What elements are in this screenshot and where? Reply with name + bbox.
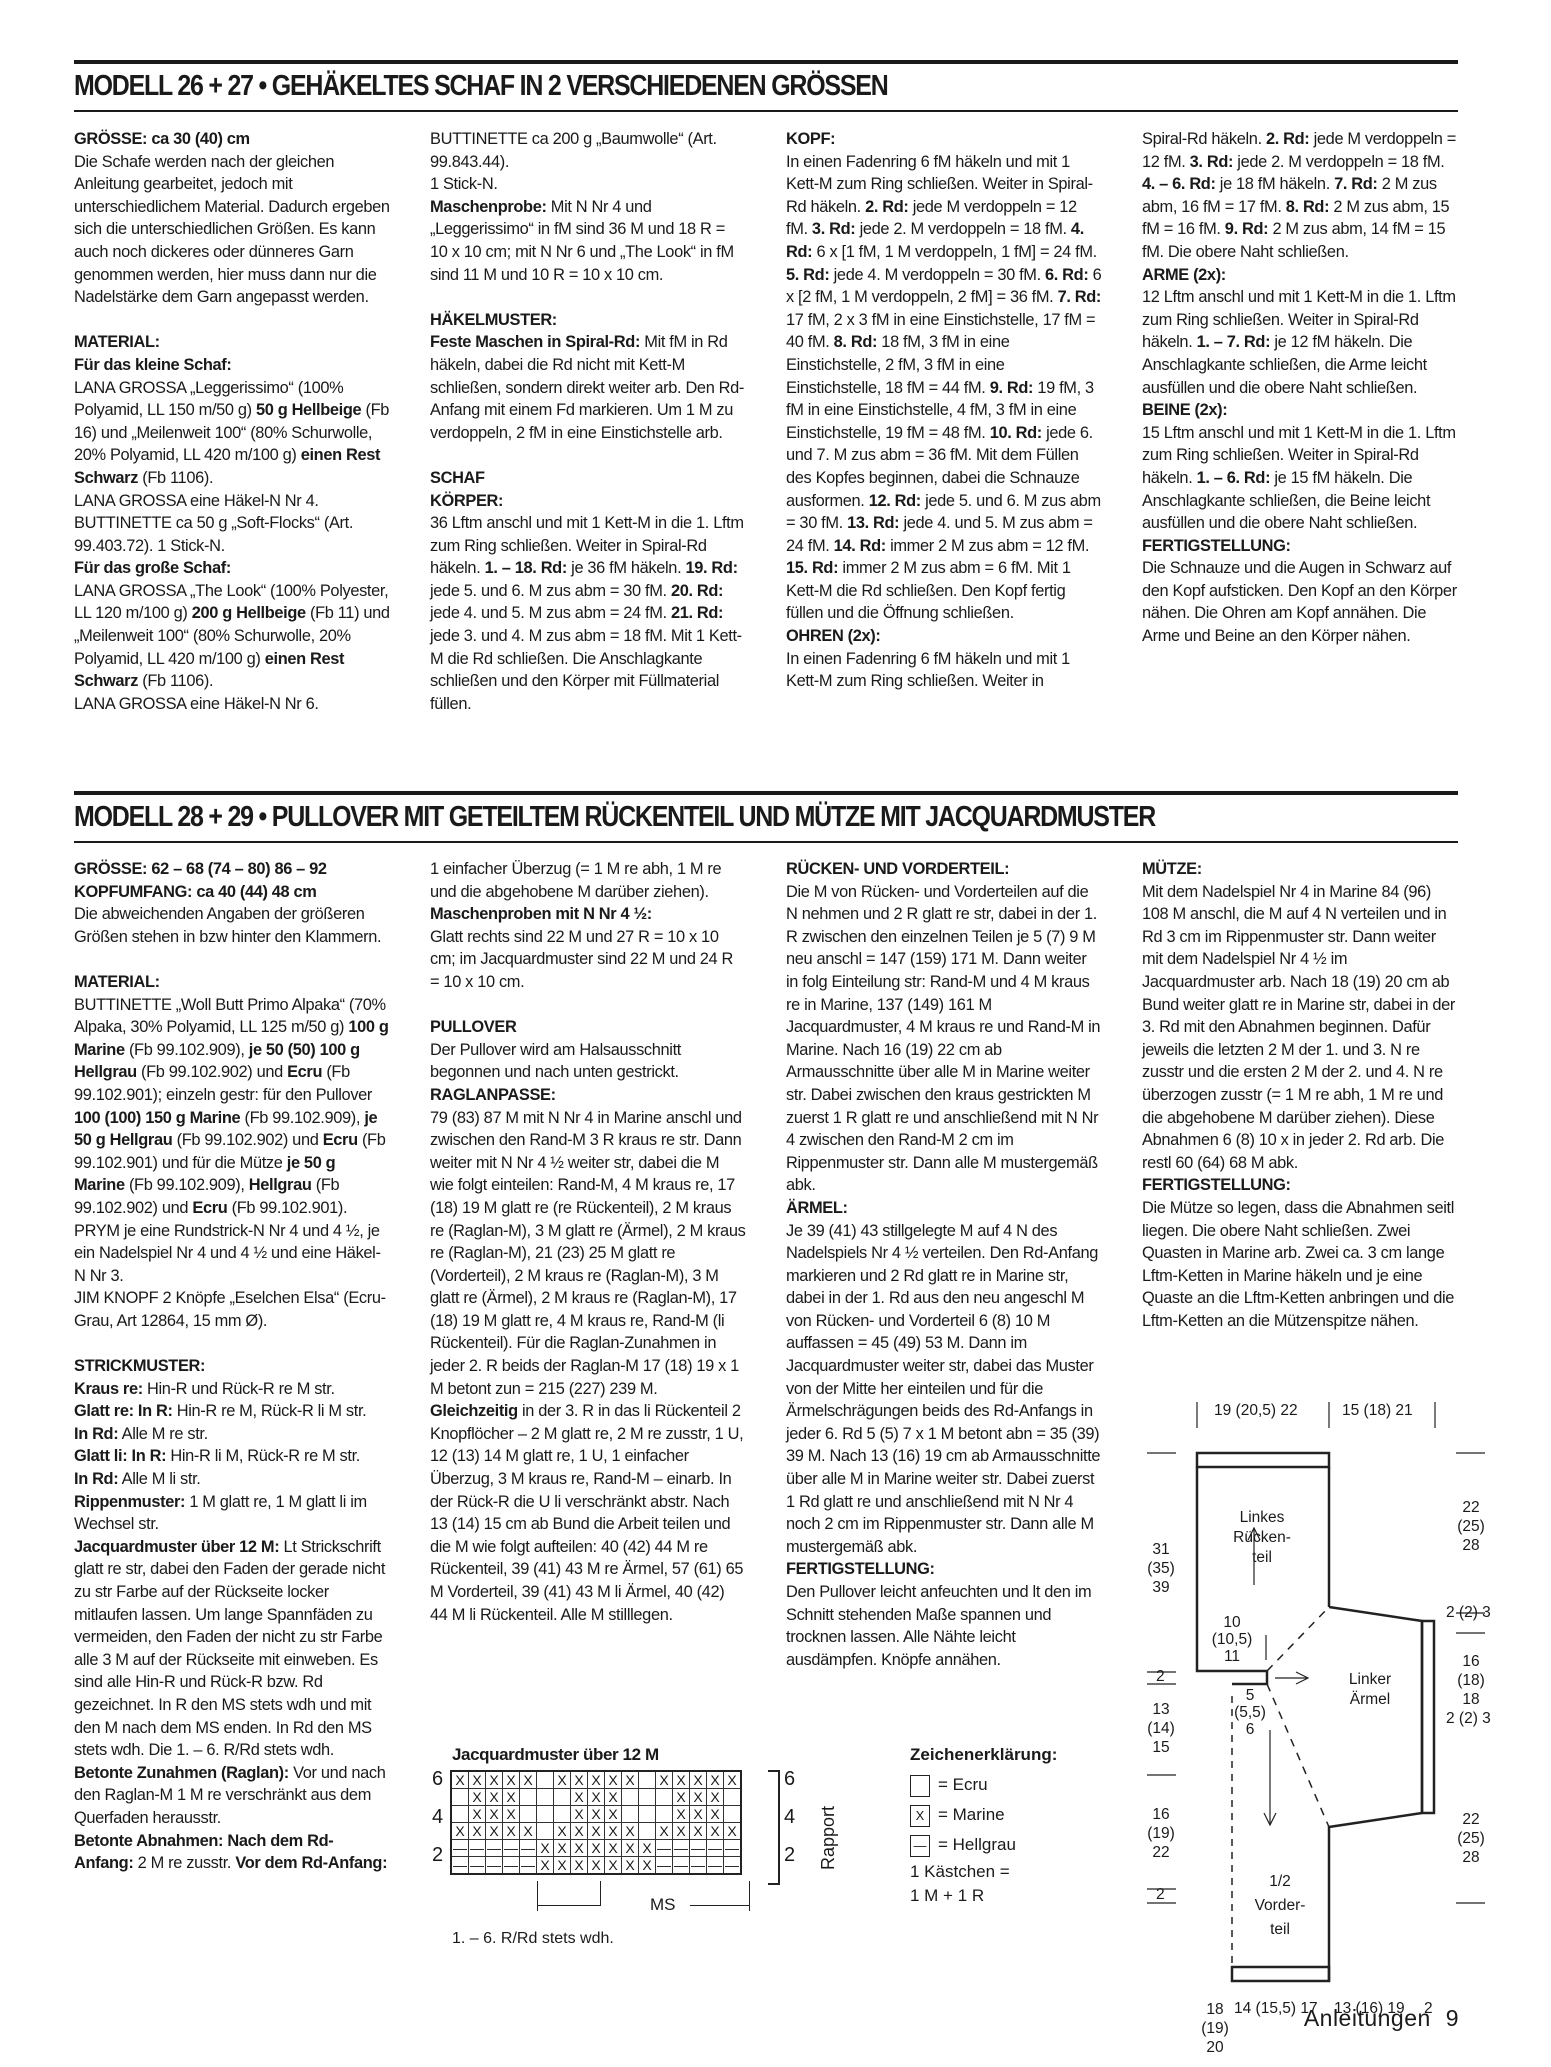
sleeve-heading: ÄRMEL:: [786, 1197, 1102, 1220]
right-dim-sleeve: 16(18)18: [1454, 1652, 1488, 1709]
left-dim-yoke: 13(14)15: [1144, 1700, 1178, 1757]
chart-cell: [537, 1771, 554, 1789]
chart-cell: —: [451, 1840, 469, 1857]
chart-cell: X: [690, 1823, 707, 1840]
chart-cell: X: [673, 1823, 690, 1840]
ms-baseline: [537, 1905, 601, 1906]
right-dim-cuff-top: 2 (2) 3: [1446, 1604, 1491, 1622]
chart-cell: X: [690, 1789, 707, 1806]
legend-title: Zeichenerklärung:: [910, 1745, 1057, 1765]
chart-cell: X: [571, 1840, 588, 1857]
hat-heading: MÜTZE:: [1142, 858, 1458, 881]
small-sheep-material: LANA GROSSA „Leggerissimo“ (100% Polyami…: [74, 377, 390, 490]
chart-cell: —: [656, 1857, 673, 1875]
left-dim-band-bottom: 2: [1156, 1886, 1165, 1904]
size-note: Die abweichenden Angaben der größeren Gr…: [74, 903, 390, 948]
chart-cell: —: [486, 1840, 503, 1857]
large-sheep-heading: Für das große Schaf:: [74, 557, 390, 580]
embroidery-needle: 1 Stick-N.: [430, 173, 746, 196]
chart-cell: —: [520, 1840, 537, 1857]
gauge-text: Maschenprobe: Mit N Nr 4 und „Leggerissi…: [430, 196, 746, 286]
ms-arrow-line: [600, 1881, 601, 1906]
chart-cell: X: [486, 1789, 503, 1806]
chart-cell: X: [588, 1840, 605, 1857]
chart-cell: X: [571, 1823, 588, 1840]
gauge-heading: Maschenproben mit N Nr 4 ½:: [430, 903, 746, 926]
chart-cell: X: [571, 1806, 588, 1823]
chart-cell: X: [588, 1806, 605, 1823]
chart-cell: X: [724, 1771, 742, 1789]
legs-instructions: 15 Lftm anschl und mit 1 Kett-M in die 1…: [1142, 422, 1458, 535]
pullover-material: BUTTINETTE „Woll Butt Primo Alpaka“ (70%…: [74, 994, 390, 1220]
section1-column-4: Spiral-Rd häkeln. 2. Rd: jede M verdoppe…: [1142, 128, 1458, 648]
pullover-finishing-text: Den Pullover leicht anfeuchten und lt de…: [786, 1581, 1102, 1671]
chart-cell: [451, 1806, 469, 1823]
chart-cell: X: [724, 1823, 742, 1840]
inner-dim-underarm: 5(5,5)6: [1230, 1687, 1270, 1738]
section1-title: MODELL 26 + 27 • GEHÄKELTES SCHAF IN 2 V…: [74, 70, 888, 103]
sleeve-instructions: Je 39 (41) 43 stillgelegte M auf 4 N des…: [786, 1220, 1102, 1559]
rapport-label: Rapport: [818, 1806, 839, 1870]
raglan-instructions: 79 (83) 87 M mit N Nr 4 in Marine anschl…: [430, 1107, 746, 1627]
chart-cell: [451, 1789, 469, 1806]
chart-cell: X: [605, 1857, 622, 1875]
chart-cell: [639, 1771, 656, 1789]
small-sheep-hook: LANA GROSSA eine Häkel-N Nr 4.: [74, 490, 390, 513]
chart-cell: [656, 1789, 673, 1806]
chart-row: XXXXXXXXXXXXXXX: [451, 1823, 741, 1840]
section2-column-1: GRÖSSE: 62 – 68 (74 – 80) 86 – 92 KOPFUM…: [74, 858, 390, 1875]
raglan-heading: RAGLANPASSE:: [430, 1084, 746, 1107]
stockinette-rows: Glatt re: In R: Hin-R re M, Rück-R li M …: [74, 1400, 390, 1423]
chart-row: XXXXXXXXXXXXXXX: [451, 1771, 741, 1789]
chart-cell: [537, 1806, 554, 1823]
reverse-stockinette-rows: Glatt li: In R: Hin-R li M, Rück-R re M …: [74, 1445, 390, 1468]
section2-bottom-rule: [74, 841, 1458, 843]
chart-cell: X: [673, 1806, 690, 1823]
pullover-schematic: 19 (20,5) 22 15 (18) 21 LinkesRücken-tei…: [1110, 1400, 1551, 2000]
size-heading: GRÖSSE: ca 30 (40) cm: [74, 128, 390, 151]
small-sheep-heading: Für das kleine Schaf:: [74, 354, 390, 377]
chart-cell: X: [469, 1823, 486, 1840]
chart-cell: X: [673, 1771, 690, 1789]
chart-cell: X: [571, 1857, 588, 1875]
chart-cell: X: [605, 1823, 622, 1840]
legend-item-hellgrau: —= Hellgrau: [910, 1830, 1016, 1860]
small-sheep-filling: BUTTINETTE ca 50 g „Soft-Flocks“ (Art. 9…: [74, 512, 390, 557]
chart-cell: —: [656, 1840, 673, 1857]
chart-cell: —: [673, 1840, 690, 1857]
chart-cell: X: [707, 1771, 724, 1789]
front-label: 1/2Vorder-teil: [1240, 1870, 1320, 1942]
chart-cell: [639, 1789, 656, 1806]
back-front-instructions: Die M von Rücken- und Vorderteilen auf d…: [786, 881, 1102, 1197]
right-dim-upper: 22(25)28: [1454, 1498, 1488, 1555]
chart-cell: —: [673, 1857, 690, 1875]
chart-grid: XXXXXXXXXXXXXXXXXXXXXXXXXXXXXXXXXXXXXXXX…: [450, 1770, 742, 1875]
left-dim-front: 16(19)22: [1144, 1805, 1178, 1862]
chart-cell: —: [503, 1840, 520, 1857]
chart-row: XXXXXXXXX: [451, 1806, 741, 1823]
section1-column-2: BUTTINETTE ca 200 g „Baumwolle“ (Art. 99…: [430, 128, 746, 715]
chart-cell: X: [469, 1789, 486, 1806]
left-dim-back-height: 31(35)39: [1144, 1540, 1178, 1597]
sleeve-label: LinkerÄrmel: [1335, 1670, 1405, 1710]
back-front-heading: RÜCKEN- UND VORDERTEIL:: [786, 858, 1102, 881]
chart-cell: X: [571, 1771, 588, 1789]
legend-item-marine: X= Marine: [910, 1800, 1016, 1830]
chart-cell: X: [605, 1789, 622, 1806]
hat-instructions: Mit dem Nadelspiel Nr 4 in Marine 84 (96…: [1142, 881, 1458, 1175]
legs-heading: BEINE (2x):: [1142, 399, 1458, 422]
head-heading: KOPF:: [786, 128, 1102, 151]
stockinette-rounds: In Rd: Alle M re str.: [74, 1423, 390, 1446]
section2-column-2: 1 einfacher Überzug (= 1 M re abh, 1 M r…: [430, 858, 746, 1626]
legend-note-2: 1 M + 1 R: [910, 1884, 1016, 1908]
legend-item-ecru: = Ecru: [910, 1770, 1016, 1800]
chart-cell: X: [622, 1823, 639, 1840]
filling-material: BUTTINETTE ca 200 g „Baumwolle“ (Art. 99…: [430, 128, 746, 173]
row-label-2-right: 2: [784, 1844, 795, 1867]
chart-cell: —: [503, 1857, 520, 1875]
chart-cell: X: [451, 1823, 469, 1840]
page-number: 9: [1446, 2005, 1459, 2031]
chart-cell: X: [588, 1823, 605, 1840]
chart-cell: X: [707, 1789, 724, 1806]
sheep-heading: SCHAF: [430, 467, 746, 490]
raglan-increases: Betonte Zunahmen (Raglan): Vor und nach …: [74, 1762, 390, 1830]
crochet-pattern-text: Feste Maschen in Spiral-Rd: Mit fM in Rd…: [430, 331, 746, 444]
chart-cell: X: [451, 1771, 469, 1789]
chart-row: —————XXXXXXX—————: [451, 1840, 741, 1857]
chart-cell: X: [537, 1840, 554, 1857]
chart-cell: X: [605, 1840, 622, 1857]
chart-cell: X: [622, 1857, 639, 1875]
row-label-2-left: 2: [432, 1844, 443, 1867]
footer-label: Anleitungen: [1304, 2005, 1431, 2031]
chart-cell: X: [707, 1806, 724, 1823]
large-sheep-hook: LANA GROSSA eine Häkel-N Nr 6.: [74, 693, 390, 716]
large-sheep-material: LANA GROSSA „The Look“ (100% Polyester, …: [74, 580, 390, 693]
chart-cell: [537, 1823, 554, 1840]
chart-cell: X: [469, 1771, 486, 1789]
reverse-stockinette-rounds: In Rd: Alle M li str.: [74, 1468, 390, 1491]
hat-finishing-heading: FERTIGSTELLUNG:: [1142, 1174, 1458, 1197]
hellgrau-dash-icon: —: [910, 1835, 930, 1857]
row-label-4-left: 4: [432, 1806, 443, 1829]
chart-cell: X: [554, 1840, 571, 1857]
right-dim-lower: 22(25)28: [1454, 1810, 1488, 1867]
section1-column-3: KOPF: In einen Fadenring 6 fM häkeln und…: [786, 128, 1102, 693]
pullover-intro: Der Pullover wird am Halsausschnitt bego…: [430, 1039, 746, 1084]
chart-cell: X: [622, 1771, 639, 1789]
chart-cell: X: [639, 1840, 656, 1857]
finishing-heading: FERTIGSTELLUNG:: [1142, 535, 1458, 558]
chart-cell: X: [520, 1823, 537, 1840]
chart-cell: X: [605, 1771, 622, 1789]
crochet-pattern-heading: HÄKELMUSTER:: [430, 309, 746, 332]
chart-cell: X: [520, 1771, 537, 1789]
arms-instructions: 12 Lftm anschl und mit 1 Kett-M in die 1…: [1142, 286, 1458, 399]
gauge-text-pullover: Glatt rechts sind 22 M und 27 R = 10 x 1…: [430, 926, 746, 994]
needles-material: PRYM je eine Rundstrick-N Nr 4 und 4 ½, …: [74, 1220, 390, 1288]
section1-column-1: GRÖSSE: ca 30 (40) cm Die Schafe werden …: [74, 128, 390, 715]
chart-cell: X: [588, 1771, 605, 1789]
ms-right-line: [749, 1881, 750, 1911]
decrease-cont: 1 einfacher Überzug (= 1 M re abh, 1 M r…: [430, 858, 746, 903]
marine-x-icon: X: [910, 1805, 930, 1827]
chart-cell: X: [503, 1806, 520, 1823]
buttons-material: JIM KNOPF 2 Knöpfe „Eselchen Elsa“ (Ecru…: [74, 1287, 390, 1332]
chart-cell: X: [486, 1806, 503, 1823]
row-label-6-right: 6: [784, 1768, 795, 1791]
chart-cell: —: [724, 1840, 742, 1857]
chart-row: —————XXXXXXX—————: [451, 1857, 741, 1875]
left-dim-band-top: 2: [1156, 1668, 1165, 1686]
chart-cell: X: [707, 1823, 724, 1840]
section2-column-3: RÜCKEN- UND VORDERTEIL: Die M von Rücken…: [786, 858, 1102, 1671]
chart-cell: —: [469, 1857, 486, 1875]
chart-cell: X: [588, 1789, 605, 1806]
chart-cell: X: [656, 1771, 673, 1789]
chart-cell: X: [588, 1857, 605, 1875]
size-text: Die Schafe werden nach der gleichen Anle…: [74, 151, 390, 309]
top-dim-back: 19 (20,5) 22: [1214, 1402, 1298, 1420]
row-label-6-left: 6: [432, 1768, 443, 1791]
chart-cell: [656, 1806, 673, 1823]
section2-column-4: MÜTZE: Mit dem Nadelspiel Nr 4 in Marine…: [1142, 858, 1458, 1332]
head-circumference-heading: KOPFUMFANG: ca 40 (44) 48 cm: [74, 881, 390, 904]
chart-row: XXXXXXXXX: [451, 1789, 741, 1806]
chart-cell: —: [707, 1840, 724, 1857]
decreases: Betonte Abnahmen: Nach dem Rd-Anfang: 2 …: [74, 1830, 390, 1875]
chart-cell: X: [469, 1806, 486, 1823]
row-label-4-right: 4: [784, 1806, 795, 1829]
chart-cell: —: [520, 1857, 537, 1875]
chart-cell: X: [486, 1771, 503, 1789]
ears-instructions-cont: Spiral-Rd häkeln. 2. Rd: jede M verdoppe…: [1142, 128, 1458, 264]
section1-bottom-rule: [74, 110, 1458, 112]
pullover-finishing-heading: FERTIGSTELLUNG:: [786, 1558, 1102, 1581]
ears-heading: OHREN (2x):: [786, 625, 1102, 648]
chart-cell: X: [690, 1771, 707, 1789]
rib-pattern: Rippenmuster: 1 M glatt re, 1 M glatt li…: [74, 1491, 390, 1536]
hat-finishing-text: Die Mütze so legen, dass die Abnahmen se…: [1142, 1197, 1458, 1333]
chart-cell: [724, 1806, 742, 1823]
chart-cell: [554, 1789, 571, 1806]
ms-left-line: [537, 1881, 538, 1911]
chart-cell: X: [656, 1823, 673, 1840]
chart-cell: X: [605, 1806, 622, 1823]
chart-cell: —: [690, 1857, 707, 1875]
right-dim-cuff-bottom: 2 (2) 3: [1446, 1710, 1491, 1728]
chart-cell: X: [639, 1857, 656, 1875]
section2-title: MODELL 28 + 29 • PULLOVER MIT GETEILTEM …: [74, 801, 1155, 834]
legend: = Ecru X= Marine —= Hellgrau 1 Kästchen …: [910, 1770, 1016, 1908]
inner-dim-split: 10(10,5)11: [1206, 1614, 1258, 1665]
body-instructions: 36 Lftm anschl und mit 1 Kett-M in die 1…: [430, 512, 746, 715]
chart-cell: [537, 1789, 554, 1806]
chart-cell: —: [486, 1857, 503, 1875]
stitch-pattern-heading: STRICKMUSTER:: [74, 1355, 390, 1378]
chart-cell: [639, 1806, 656, 1823]
garter-stitch: Kraus re: Hin-R und Rück-R re M str.: [74, 1378, 390, 1401]
chart-cell: [622, 1806, 639, 1823]
chart-cell: —: [724, 1857, 742, 1875]
chart-cell: X: [486, 1823, 503, 1840]
rapport-bracket: [768, 1770, 780, 1885]
chart-cell: [520, 1789, 537, 1806]
pullover-material-heading: MATERIAL:: [74, 971, 390, 994]
ears-instructions: In einen Fadenring 6 fM häkeln und mit 1…: [786, 648, 1102, 693]
chart-cell: [639, 1823, 656, 1840]
chart-cell: X: [622, 1840, 639, 1857]
material-heading: MATERIAL:: [74, 331, 390, 354]
chart-cell: X: [554, 1857, 571, 1875]
pullover-heading: PULLOVER: [430, 1016, 746, 1039]
chart-title: Jacquardmuster über 12 M: [452, 1745, 659, 1765]
chart-cell: X: [554, 1771, 571, 1789]
ms-baseline-right: [690, 1905, 750, 1906]
pullover-size-heading: GRÖSSE: 62 – 68 (74 – 80) 86 – 92: [74, 858, 390, 881]
chart-cell: X: [554, 1823, 571, 1840]
chart-cell: X: [673, 1789, 690, 1806]
head-instructions: In einen Fadenring 6 fM häkeln und mit 1…: [786, 151, 1102, 625]
body-heading: KÖRPER:: [430, 490, 746, 513]
chart-cell: —: [690, 1840, 707, 1857]
ms-label: MS: [650, 1895, 676, 1915]
chart-cell: X: [571, 1789, 588, 1806]
arms-heading: ARME (2x):: [1142, 264, 1458, 287]
section1-top-rule: [74, 60, 1458, 64]
top-dim-sleeve: 15 (18) 21: [1342, 1402, 1413, 1420]
jacquard-pattern: Jacquardmuster über 12 M: Lt Strickschri…: [74, 1536, 390, 1762]
chart-note: 1. – 6. R/Rd stets wdh.: [452, 1930, 614, 1948]
chart-cell: —: [469, 1840, 486, 1857]
page-footer: Anleitungen 9: [1304, 2005, 1459, 2032]
bottom-dim-back-half: 18(19)20: [1198, 2000, 1232, 2057]
chart-cell: —: [707, 1857, 724, 1875]
chart-cell: X: [503, 1771, 520, 1789]
chart-cell: [724, 1789, 742, 1806]
chart-cell: X: [503, 1789, 520, 1806]
chart-cell: X: [690, 1806, 707, 1823]
back-label: LinkesRücken-teil: [1222, 1508, 1302, 1568]
chart-cell: [554, 1806, 571, 1823]
ecru-box-icon: [910, 1775, 930, 1797]
finishing-instructions: Die Schnauze und die Augen in Schwarz au…: [1142, 557, 1458, 647]
chart-cell: [520, 1806, 537, 1823]
chart-cell: X: [537, 1857, 554, 1875]
section2-top-rule: [74, 791, 1458, 795]
chart-cell: [622, 1789, 639, 1806]
chart-cell: —: [451, 1857, 469, 1875]
chart-cell: X: [503, 1823, 520, 1840]
legend-note-1: 1 Kästchen =: [910, 1860, 1016, 1884]
